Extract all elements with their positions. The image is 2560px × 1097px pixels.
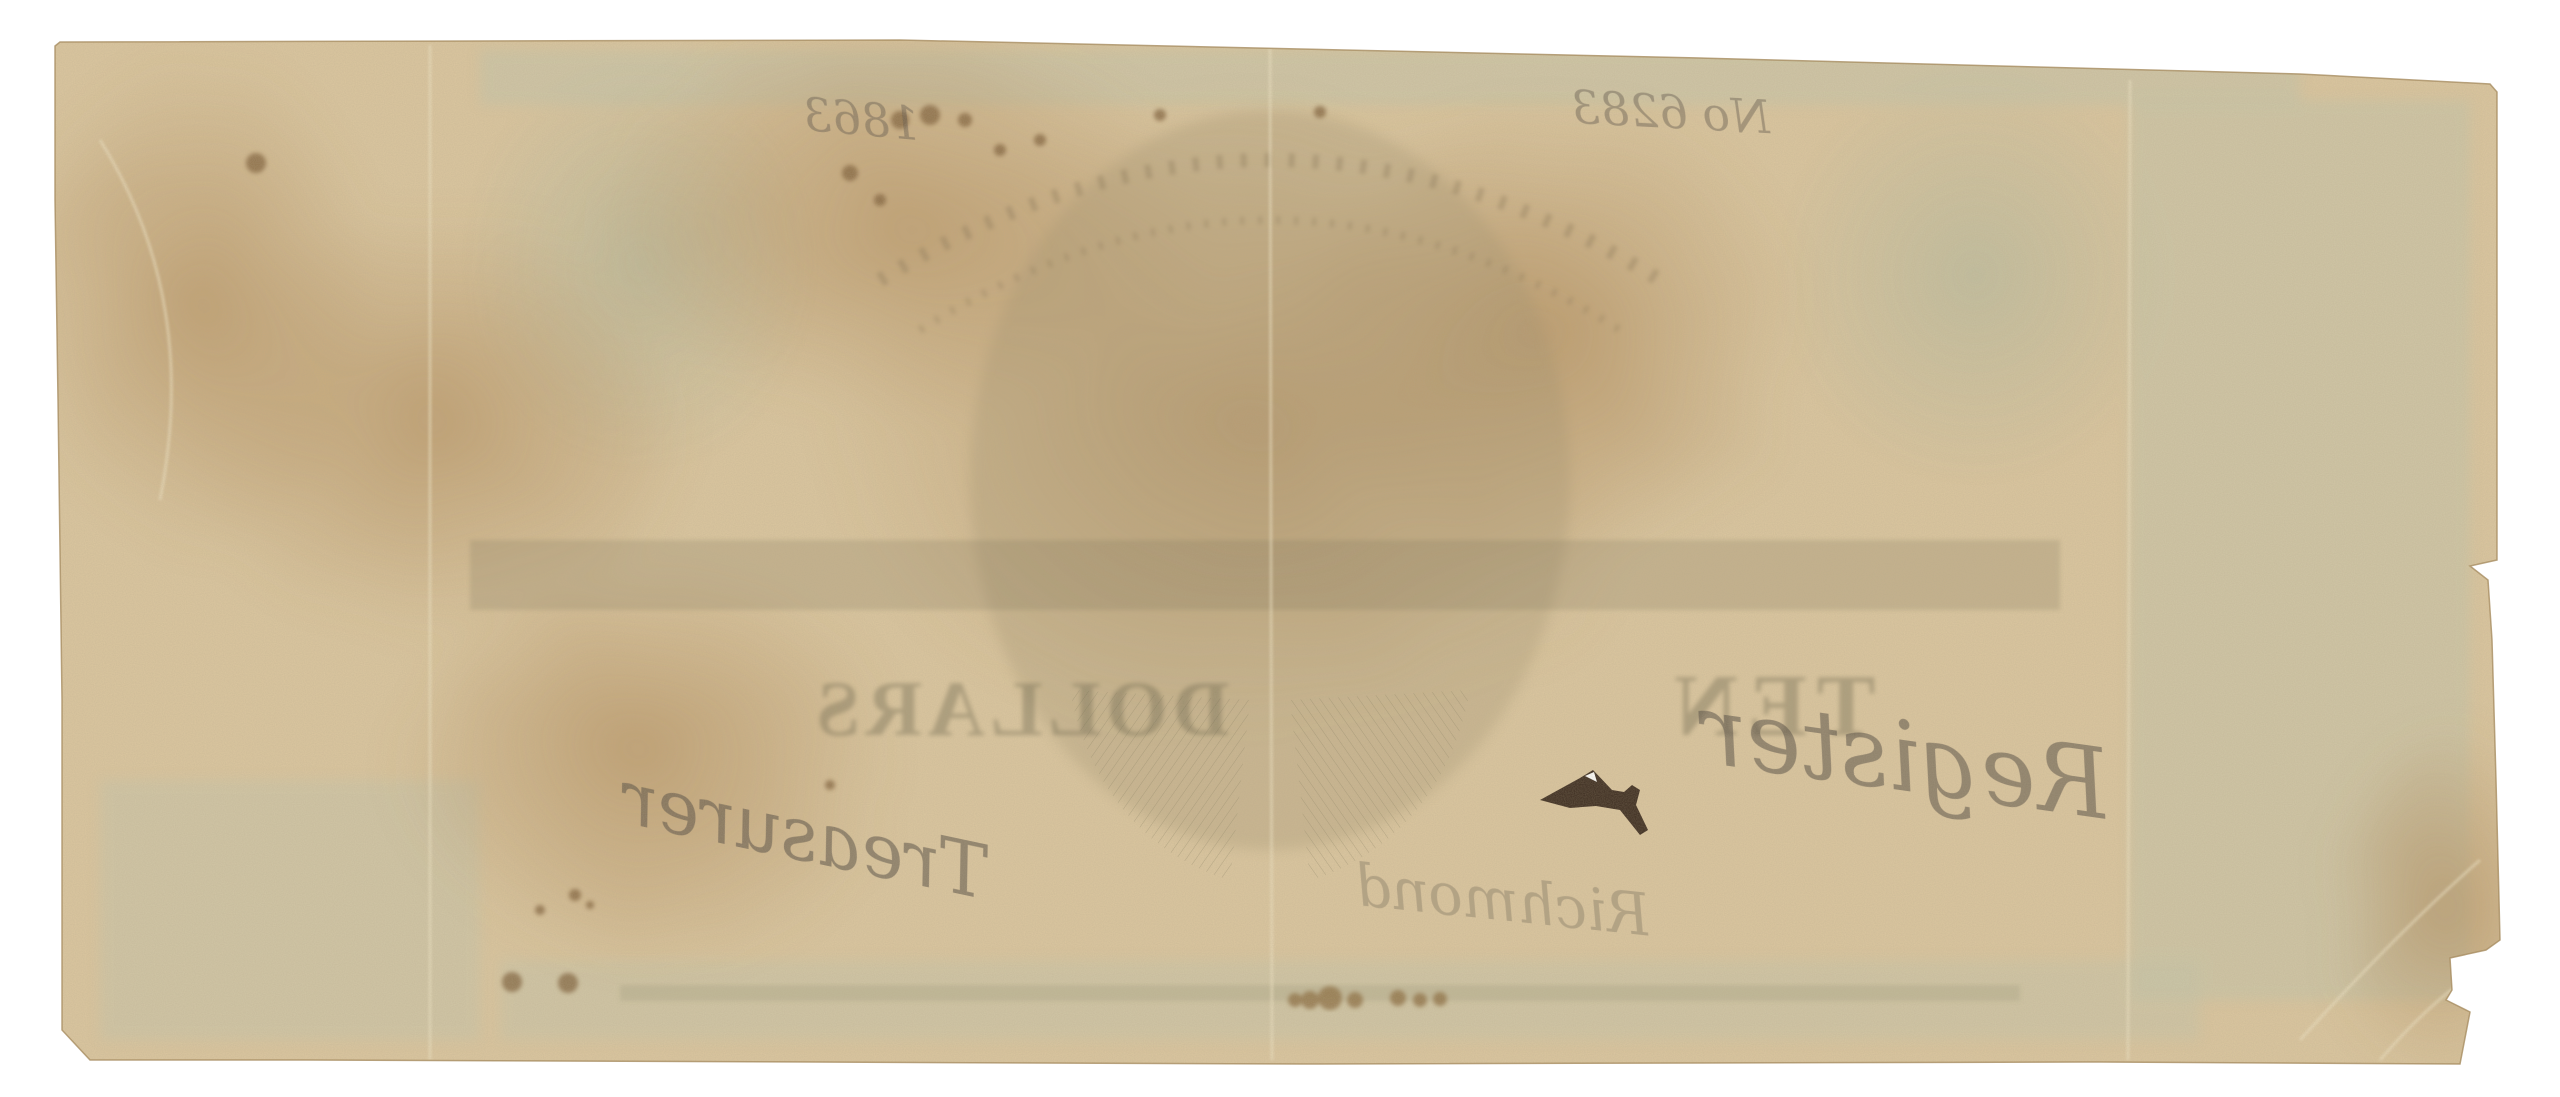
banknote-photo: DOLLARS TEN 1863 No 6283 Tre (0, 0, 2560, 1097)
paper: DOLLARS TEN 1863 No 6283 Tre (0, 0, 2560, 1097)
